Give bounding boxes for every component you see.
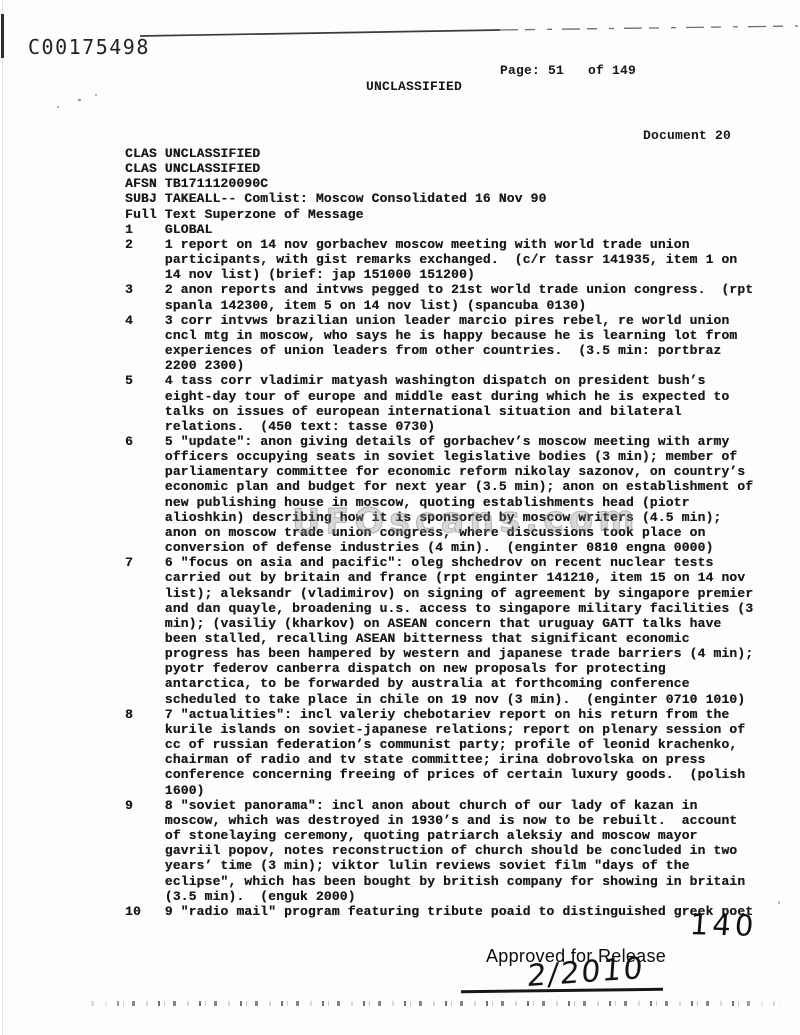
document-id: C00175498 bbox=[28, 35, 150, 59]
text-line: parliamentary committee for economic ref… bbox=[125, 464, 793, 479]
text-line: pyotr federov canberra dispatch on new p… bbox=[125, 661, 793, 676]
scan-speck bbox=[57, 106, 59, 108]
text-line: (3.5 min). (enguk 2000) bbox=[125, 889, 793, 904]
text-line: carried out by britain and france (rpt e… bbox=[125, 570, 793, 585]
classification-header: UNCLASSIFIED bbox=[366, 79, 462, 94]
text-line: CLAS UNCLASSIFIED bbox=[125, 146, 793, 161]
text-line: new publishing house in moscow, quoting … bbox=[125, 495, 793, 510]
text-line: 3 2 anon reports and intvws pegged to 21… bbox=[125, 282, 793, 297]
text-line: conference concerning freeing of prices … bbox=[125, 767, 793, 782]
scan-speck bbox=[78, 99, 81, 101]
scan-speck bbox=[95, 94, 97, 96]
text-line: Full Text Superzone of Message bbox=[125, 207, 793, 222]
text-line: progress has been hampered by western an… bbox=[125, 646, 793, 661]
signature-underline bbox=[461, 988, 663, 993]
text-line: 1600) bbox=[125, 783, 793, 798]
text-line: alioshkin) describing how it is sponsore… bbox=[125, 510, 793, 525]
text-line: cncl mtg in moscow, who says he is happy… bbox=[125, 328, 793, 343]
text-line: 1 GLOBAL bbox=[125, 222, 793, 237]
text-line: scheduled to take place in chile on 19 n… bbox=[125, 692, 793, 707]
text-line: and dan quayle, broadening u.s. access t… bbox=[125, 601, 793, 616]
text-line: moscow, which was destroyed in 1930’s an… bbox=[125, 813, 793, 828]
text-line: eight-day tour of europe and middle east… bbox=[125, 389, 793, 404]
text-line: anon on moscow trade union congress, whe… bbox=[125, 525, 793, 540]
text-line: CLAS UNCLASSIFIED bbox=[125, 161, 793, 176]
text-line: experiences of union leaders from other … bbox=[125, 343, 793, 358]
text-line: officers occupying seats in soviet legis… bbox=[125, 449, 793, 464]
text-line: list); aleksandr (vladimirov) on signing… bbox=[125, 586, 793, 601]
page-indicator: Page: 51 of 149 bbox=[500, 63, 636, 78]
text-line: 14 nov list) (brief: jap 151000 151200) bbox=[125, 267, 793, 282]
text-line: 9 8 "soviet panorama": incl anon about c… bbox=[125, 798, 793, 813]
scan-left-edge-shadow bbox=[2, 0, 3, 1035]
text-line: years’ time (3 min); viktor lulin review… bbox=[125, 858, 793, 873]
document-scan-page: C00175498 Page: 51 of 149 UNCLASSIFIED D… bbox=[0, 0, 800, 1035]
scan-noise-line bbox=[76, 1001, 788, 1006]
text-line: 6 5 "update": anon giving details of gor… bbox=[125, 434, 793, 449]
text-line: participants, with gist remarks exchange… bbox=[125, 252, 793, 267]
text-line: 4 3 corr intvws brazilian union leader m… bbox=[125, 313, 793, 328]
text-line: 8 7 "actualities": incl valeriy chebotar… bbox=[125, 707, 793, 722]
handwritten-page-number: 140 bbox=[689, 907, 759, 943]
text-line: spanla 142300, item 5 on 14 nov list) (s… bbox=[125, 298, 793, 313]
text-line: antarctica, to be forwarded by australia… bbox=[125, 676, 793, 691]
message-text-block: CLAS UNCLASSIFIED CLAS UNCLASSIFIED AFSN… bbox=[125, 146, 793, 919]
text-line: 5 4 tass corr vladimir matyash washingto… bbox=[125, 373, 793, 388]
text-line: AFSN TB1711120090C bbox=[125, 176, 793, 191]
text-line: 7 6 "focus on asia and pacific": oleg sh… bbox=[125, 555, 793, 570]
text-line: cc of russian federation’s communist par… bbox=[125, 737, 793, 752]
text-line: chairman of radio and tv state committee… bbox=[125, 752, 793, 767]
text-line: kurile islands on soviet-japanese relati… bbox=[125, 722, 793, 737]
text-line: economic plan and budget for next year (… bbox=[125, 479, 793, 494]
text-line: been stalled, recalling ASEAN bitterness… bbox=[125, 631, 793, 646]
text-line: min); (vasiliy (kharkov) on ASEAN concer… bbox=[125, 616, 793, 631]
text-line: SUBJ TAKEALL-- Comlist: Moscow Consolida… bbox=[125, 191, 793, 206]
text-line: eclipse", which has been bought by briti… bbox=[125, 874, 793, 889]
text-line: conversion of defense industries (4 min)… bbox=[125, 540, 793, 555]
text-line: gavriil popov, notes reconstruction of c… bbox=[125, 843, 793, 858]
text-line: relations. (450 text: tasse 0730) bbox=[125, 419, 793, 434]
text-line: of stonelaying ceremony, quoting patriar… bbox=[125, 828, 793, 843]
document-number-label: Document 20 bbox=[643, 128, 731, 143]
text-line: 2200 2300) bbox=[125, 358, 793, 373]
text-line: 2 1 report on 14 nov gorbachev moscow me… bbox=[125, 237, 793, 252]
text-line: talks on issues of european internationa… bbox=[125, 404, 793, 419]
